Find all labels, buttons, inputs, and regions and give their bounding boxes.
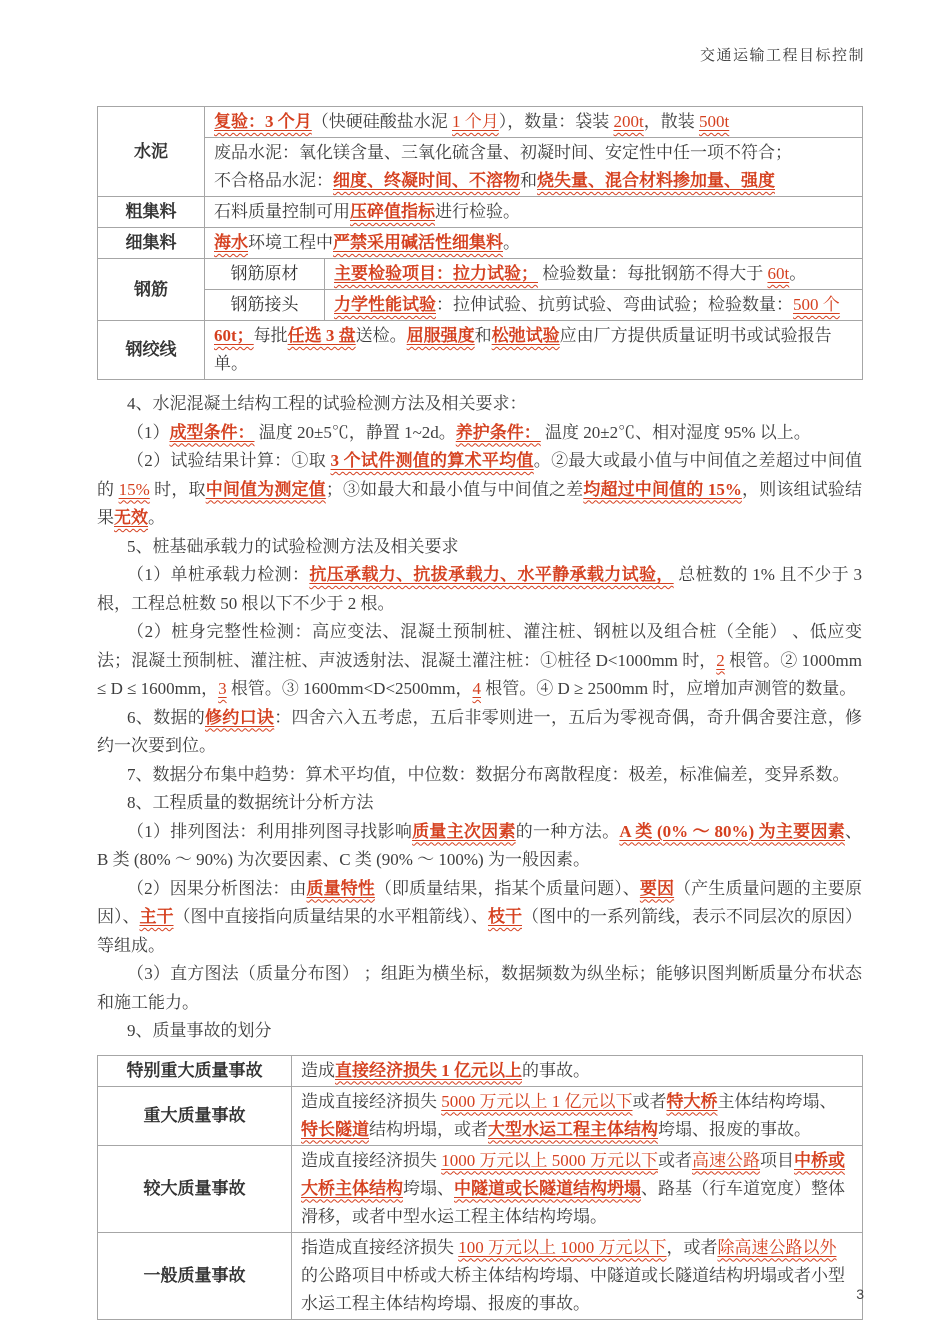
cell-cement-waste: 废品水泥：氧化镁含量、三氧化硫含量、初凝时间、安定性中任一项不符合；不合格品水泥… — [205, 138, 863, 197]
note-paragraph: （2）试验结果计算：①取 3 个试件测值的算术平均值。②最大或最小值与中间值之差… — [97, 447, 862, 533]
highlighted-text: 特大桥 — [667, 1092, 718, 1111]
severity-description: 造成直接经济损失 1 亿元以上的事故。 — [292, 1055, 863, 1086]
table-row-fine-aggregate: 细集料 海水环境工程中严禁采用碱活性细集料。 — [98, 228, 863, 259]
highlighted-text: 抗压承载力、抗拔承载力、水平静承载力试验， — [309, 565, 673, 584]
note-paragraph: （1）单桩承载力检测：抗压承载力、抗拔承载力、水平静承载力试验， 总桩数的 1%… — [97, 561, 862, 618]
highlighted-text: 质量特性 — [307, 879, 375, 898]
highlighted-text: 除高速公路以外 — [718, 1238, 837, 1257]
highlighted-text: 松弛试验 — [492, 326, 560, 345]
highlighted-text: 烧失量、混合材料掺加量、强度 — [537, 171, 775, 190]
cell-rebar-raw: 主要检验项目：拉力试验； 检验数量：每批钢筋不得大于 60t。 — [325, 259, 863, 290]
severity-description: 造成直接经济损失 5000 万元以上 1 亿元以下或者特大桥主体结构垮塌、特长隧… — [292, 1086, 863, 1145]
cell-rebar-joint: 力学性能试验：拉伸试验、抗剪试验、弯曲试验；检验数量：500 个 — [325, 290, 863, 321]
note-paragraph: 6、数据的修约口诀：四舍六入五考虑，五后非零则进一，五后为零视奇偶，奇升偶舍要注… — [97, 704, 862, 761]
note-paragraph: （2）因果分析图法：由质量特性（即质量结果，指某个质量问题）、要因（产生质量问题… — [97, 875, 862, 961]
severity-label: 特别重大质量事故 — [98, 1055, 292, 1086]
note-paragraph: 4、水泥混凝土结构工程的试验检测方法及相关要求： — [97, 390, 862, 419]
row-label-rebar-raw: 钢筋原材 — [205, 259, 325, 290]
cell-strand: 60t；每批任选 3 盘送检。屈服强度和松弛试验应由厂方提供质量证明书或试验报告… — [205, 321, 863, 380]
highlighted-text: A 类 (0% ～ 80%) 为主要因素 — [619, 822, 845, 841]
row-label-rebar: 钢筋 — [98, 259, 205, 321]
highlighted-text: 海水 — [214, 233, 248, 252]
highlighted-text: 60t — [768, 264, 790, 283]
highlighted-text: 严禁采用碱活性细集料 — [333, 233, 503, 252]
highlighted-text: 压碎值指标 — [350, 202, 435, 221]
severity-row: 较大质量事故造成直接经济损失 1000 万元以上 5000 万元以下或者高速公路… — [98, 1145, 863, 1232]
table-row-cement-1: 水泥 复验：3 个月（快硬硅酸盐水泥 1 个月），数量：袋装 200t，散装 5… — [98, 107, 863, 138]
table-row-rebar-raw: 钢筋 钢筋原材 主要检验项目：拉力试验； 检验数量：每批钢筋不得大于 60t。 — [98, 259, 863, 290]
row-label-coarse-aggregate: 粗集料 — [98, 197, 205, 228]
highlighted-text: 200t — [614, 112, 644, 131]
highlighted-text: 无效 — [114, 508, 148, 527]
page-header-title: 交通运输工程目标控制 — [700, 44, 865, 65]
highlighted-text: 15% — [119, 480, 150, 499]
severity-label: 较大质量事故 — [98, 1145, 292, 1232]
highlighted-text: 中间值为测定值 — [206, 480, 326, 499]
highlighted-text: 拉力试验； — [453, 264, 538, 283]
cell-coarse-aggregate: 石料质量控制可用压碎值指标进行检验。 — [205, 197, 863, 228]
note-paragraph: 9、质量事故的划分 — [97, 1017, 862, 1046]
note-paragraph: （2）桩身完整性检测：高应变法、混凝土预制桩、灌注桩、钢桩以及组合桩（全能） 、… — [97, 618, 862, 704]
highlighted-text: 大型水运工程主体结构 — [488, 1120, 658, 1139]
cell-cement-reinspection: 复验：3 个月（快硬硅酸盐水泥 1 个月），数量：袋装 200t，散装 500t — [205, 107, 863, 138]
row-label-strand: 钢绞线 — [98, 321, 205, 380]
highlighted-text: 枝干 — [488, 907, 522, 926]
highlighted-text: 要因 — [640, 879, 674, 898]
page-content: 水泥 复验：3 个月（快硬硅酸盐水泥 1 个月），数量：袋装 200t，散装 5… — [97, 106, 862, 1320]
quality-accident-rows: 特别重大质量事故造成直接经济损失 1 亿元以上的事故。重大质量事故造成直接经济损… — [98, 1055, 863, 1319]
highlighted-text: 直接经济损失 1 亿元以上 — [335, 1061, 522, 1080]
severity-row: 一般质量事故指造成直接经济损失 100 万元以上 1000 万元以下，或者除高速… — [98, 1232, 863, 1319]
highlighted-text: 修约口诀 — [205, 708, 274, 727]
severity-row: 重大质量事故造成直接经济损失 5000 万元以上 1 亿元以下或者特大桥主体结构… — [98, 1086, 863, 1145]
severity-label: 重大质量事故 — [98, 1086, 292, 1145]
highlighted-text: 主要检验项目： — [334, 264, 453, 283]
highlighted-text: 复验：3 个月 — [214, 112, 312, 131]
highlighted-text: 5000 万元以上 1 亿元以下 — [441, 1092, 632, 1111]
highlighted-text: 500 个 — [793, 295, 840, 314]
highlighted-text: 3 个试件测值的算术平均值 — [331, 451, 534, 470]
highlighted-text: 中隧道或长隧道结构坍塌 — [454, 1179, 641, 1198]
cell-fine-aggregate: 海水环境工程中严禁采用碱活性细集料。 — [205, 228, 863, 259]
highlighted-text: 2 — [716, 651, 725, 670]
table-row-rebar-joint: 钢筋接头 力学性能试验：拉伸试验、抗剪试验、弯曲试验；检验数量：500 个 — [98, 290, 863, 321]
highlighted-text: 成型条件： — [170, 423, 255, 442]
note-paragraph: （3）直方图法（质量分布图） ；组距为横坐标，数据频数为纵坐标；能够识图判断质量… — [97, 960, 862, 1017]
highlighted-text: 养护条件： — [456, 423, 541, 442]
severity-label: 一般质量事故 — [98, 1232, 292, 1319]
materials-inspection-table: 水泥 复验：3 个月（快硬硅酸盐水泥 1 个月），数量：袋装 200t，散装 5… — [97, 106, 863, 380]
highlighted-text: 100 万元以上 1000 万元以下 — [458, 1238, 666, 1257]
document-page: 交通运输工程目标控制 水泥 复验：3 个月（快硬硅酸盐水泥 1 个月），数量：袋… — [0, 0, 950, 1344]
table-row-strand: 钢绞线 60t；每批任选 3 盘送检。屈服强度和松弛试验应由厂方提供质量证明书或… — [98, 321, 863, 380]
highlighted-text: 细度、终凝时间、不溶物 — [333, 171, 520, 190]
page-number: 3 — [856, 1286, 864, 1302]
highlighted-text: 4 — [473, 679, 482, 698]
quality-accident-table: 特别重大质量事故造成直接经济损失 1 亿元以上的事故。重大质量事故造成直接经济损… — [97, 1055, 863, 1320]
row-label-rebar-joint: 钢筋接头 — [205, 290, 325, 321]
note-paragraph: （1）成型条件： 温度 20±5℃，静置 1~2d。养护条件： 温度 20±2℃… — [97, 419, 862, 448]
highlighted-text: 质量主次因素 — [412, 822, 516, 841]
severity-description: 造成直接经济损失 1000 万元以上 5000 万元以下或者高速公路项目中桥或大… — [292, 1145, 863, 1232]
table-row-cement-2: 废品水泥：氧化镁含量、三氧化硫含量、初凝时间、安定性中任一项不符合；不合格品水泥… — [98, 138, 863, 197]
severity-row: 特别重大质量事故造成直接经济损失 1 亿元以上的事故。 — [98, 1055, 863, 1086]
highlighted-text: 1 个月 — [452, 112, 499, 131]
note-paragraph: 7、数据分布集中趋势：算术平均值，中位数：数据分布离散程度：极差，标准偏差，变异… — [97, 761, 862, 790]
row-label-fine-aggregate: 细集料 — [98, 228, 205, 259]
highlighted-text: 力学性能试验 — [334, 295, 436, 314]
table-row-coarse-aggregate: 粗集料 石料质量控制可用压碎值指标进行检验。 — [98, 197, 863, 228]
note-paragraph: （1）排列图法：利用排列图寻找影响质量主次因素的一种方法。A 类 (0% ～ 8… — [97, 818, 862, 875]
highlighted-text: 1000 万元以上 5000 万元以下 — [441, 1151, 658, 1170]
highlighted-text: 特长隧道 — [301, 1120, 369, 1139]
notes-section: 4、水泥混凝土结构工程的试验检测方法及相关要求：（1）成型条件： 温度 20±5… — [97, 390, 862, 1046]
highlighted-text: 主干 — [140, 907, 174, 926]
highlighted-text: 3 — [218, 679, 227, 698]
highlighted-text: 任选 3 盘 — [288, 326, 356, 345]
highlighted-text: 60t； — [214, 326, 254, 345]
highlighted-text: 500t — [699, 112, 729, 131]
highlighted-text: 屈服强度 — [407, 326, 475, 345]
note-paragraph: 8、工程质量的数据统计分析方法 — [97, 789, 862, 818]
severity-description: 指造成直接经济损失 100 万元以上 1000 万元以下，或者除高速公路以外的公… — [292, 1232, 863, 1319]
highlighted-text: 均超过中间值的 15% — [583, 480, 742, 499]
row-label-cement: 水泥 — [98, 107, 205, 197]
note-paragraph: 5、桩基础承载力的试验检测方法及相关要求 — [97, 533, 862, 562]
highlighted-text: 高速公路 — [692, 1151, 760, 1170]
